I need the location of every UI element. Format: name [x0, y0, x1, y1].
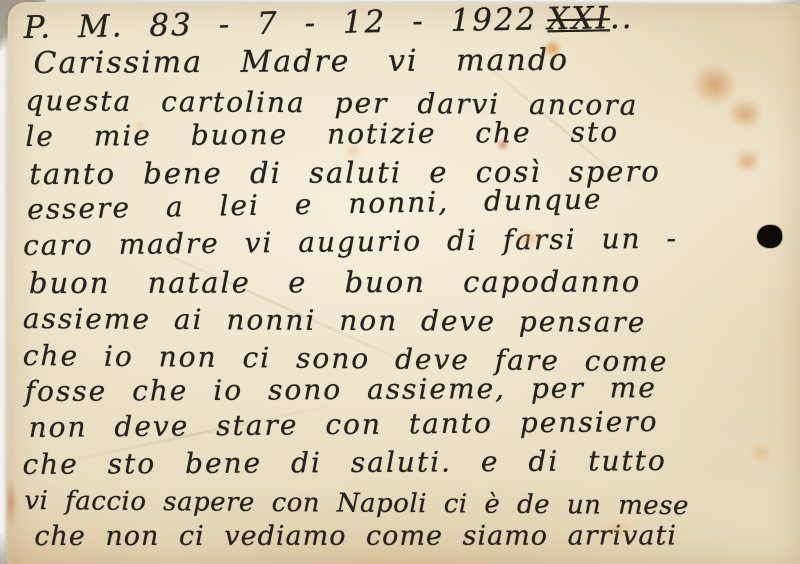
stain-left-edge-streak — [6, 478, 15, 526]
date-struck-text: XXI — [547, 2, 610, 37]
ink-blot — [757, 225, 782, 248]
handwriting-line: Carissima Madre vi mando — [33, 42, 800, 83]
date-suffix: .. — [609, 2, 633, 36]
handwriting-line: buon natale e buon capodanno — [29, 263, 800, 301]
handwriting-line: che non ci vediamo come siamo arrivati — [34, 519, 800, 556]
handwriting: P. M. 83 - 7 - 12 - 1922XXI.. Carissima … — [20, 10, 800, 564]
handwriting-line: caro madre vi augurio di farsi un - — [23, 219, 800, 264]
date-text: P. M. 83 - 7 - 12 - 1922 — [23, 2, 537, 46]
handwriting-line: assieme ai nonni non deve pensare — [23, 301, 800, 342]
date-line: P. M. 83 - 7 - 12 - 1922XXI.. — [23, 2, 800, 46]
handwriting-line: che sto bene di saluti. e di tutto — [22, 442, 800, 483]
postcard-paper: P. M. 83 - 7 - 12 - 1922XXI.. Carissima … — [6, 2, 800, 564]
handwriting-line: non deve stare con tanto pensiero — [28, 403, 800, 447]
scanned-postcard: P. M. 83 - 7 - 12 - 1922XXI.. Carissima … — [0, 0, 800, 564]
handwriting-line: le mie buone notizie che sto — [25, 113, 800, 155]
